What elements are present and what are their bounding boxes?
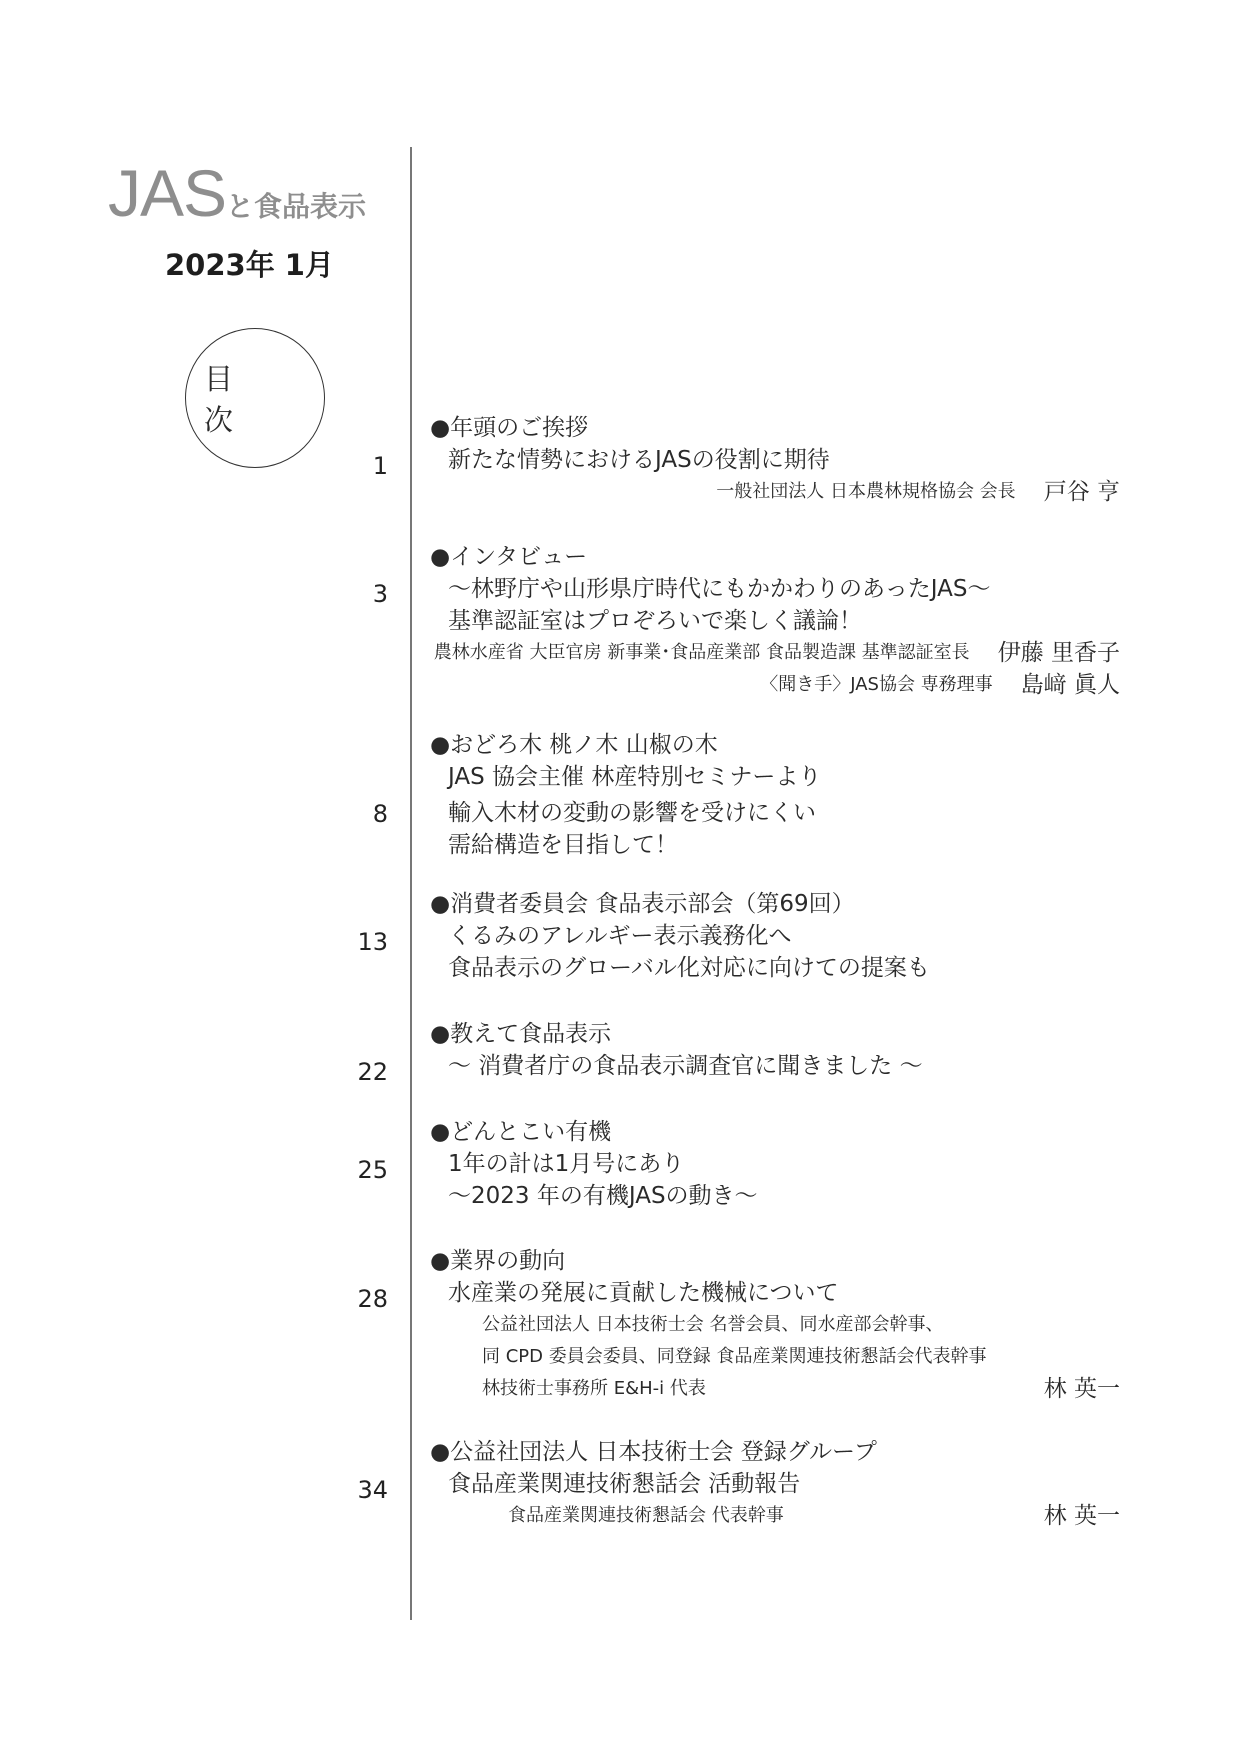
author-name: 戸谷 亨 [1044, 476, 1120, 508]
entry-category: ●年頭のご挨拶 [430, 412, 1120, 444]
author-affiliation: 一般社団法人 日本農林規格協会 会長 [716, 476, 1015, 508]
author-name: 林 英一 [1044, 1373, 1120, 1405]
entry-title[interactable]: くるみのアレルギー表示義務化へ [430, 920, 1120, 952]
entry-category: ●インタビュー [430, 541, 1120, 573]
entry-title[interactable]: ～林野庁や山形県庁時代にもかかわりのあったJAS～ [430, 573, 1120, 605]
entry-title[interactable]: ～ 消費者庁の食品表示調査官に聞きました ～ [430, 1050, 1120, 1082]
toc-entry[interactable]: ●おどろ木 桃ノ木 山椒の木 JAS 協会主催 林産特別セミナーより 輸入木材の… [430, 729, 1120, 861]
toc-entry[interactable]: ●業界の動向 水産業の発展に貢献した機械について 公益社団法人 日本技術士会 名… [430, 1245, 1120, 1405]
entry-title[interactable]: 食品表示のグローバル化対応に向けての提案も [430, 952, 1120, 984]
author-name: 島﨑 眞人 [1021, 669, 1120, 701]
magazine-title: JASと食品表示 [108, 155, 366, 231]
author-affiliation-line: 公益社団法人 日本技術士会 名誉会員、同水産部会幹事、 [430, 1309, 1120, 1341]
page-number[interactable]: 8 [0, 800, 388, 828]
toc-entry[interactable]: ●公益社団法人 日本技術士会 登録グループ 食品産業関連技術懇話会 活動報告 食… [430, 1436, 1120, 1532]
author-affiliation: 林技術士事務所 E&H-i 代表 [482, 1373, 706, 1405]
entry-author: 〈聞き手〉JAS協会 専務理事 島﨑 眞人 [430, 669, 1120, 701]
entry-title[interactable]: 食品産業関連技術懇話会 活動報告 [430, 1468, 1120, 1500]
entry-title[interactable]: JAS 協会主催 林産特別セミナーより [430, 761, 1120, 793]
page-number[interactable]: 1 [0, 452, 388, 480]
entry-author: 林技術士事務所 E&H-i 代表 林 英一 [430, 1373, 1120, 1405]
entry-author: 一般社団法人 日本農林規格協会 会長 戸谷 亨 [430, 476, 1120, 508]
page-number[interactable]: 34 [0, 1476, 388, 1504]
magazine-title-latin: JAS [108, 156, 226, 230]
toc-entry[interactable]: ●どんとこい有機 1年の計は1月号にあり ～2023 年の有機JASの動き～ [430, 1116, 1120, 1212]
page-number[interactable]: 13 [0, 928, 388, 956]
issue-date: 2023年 1月 [165, 243, 334, 284]
page-number[interactable]: 3 [0, 580, 388, 608]
page-number[interactable]: 28 [0, 1285, 388, 1313]
toc-entry[interactable]: ●インタビュー ～林野庁や山形県庁時代にもかかわりのあったJAS～ 基準認証室は… [430, 541, 1120, 701]
entry-category: ●公益社団法人 日本技術士会 登録グループ [430, 1436, 1120, 1468]
entry-title[interactable]: 水産業の発展に貢献した機械について [430, 1277, 1120, 1309]
entry-title[interactable]: ～2023 年の有機JASの動き～ [430, 1180, 1120, 1212]
entry-category: ●おどろ木 桃ノ木 山椒の木 [430, 729, 1120, 761]
entry-title[interactable]: 新たな情勢におけるJASの役割に期待 [430, 444, 1120, 476]
entry-title[interactable]: 輸入木材の変動の影響を受けにくい [430, 797, 1120, 829]
entry-category: ●教えて食品表示 [430, 1018, 1120, 1050]
toc-entry[interactable]: ●年頭のご挨拶 新たな情勢におけるJASの役割に期待 一般社団法人 日本農林規格… [430, 412, 1120, 508]
entry-author: 食品産業関連技術懇話会 代表幹事 林 英一 [430, 1500, 1120, 1532]
magazine-title-jp: と食品表示 [226, 190, 366, 223]
entry-title[interactable]: 1年の計は1月号にあり [430, 1148, 1120, 1180]
entry-category: ●業界の動向 [430, 1245, 1120, 1277]
author-affiliation: 〈聞き手〉JAS協会 専務理事 [760, 669, 992, 701]
entry-author: 農林水産省 大臣官房 新事業･食品産業部 食品製造課 基準認証室長 伊藤 里香子 [430, 637, 1120, 669]
author-affiliation: 食品産業関連技術懇話会 代表幹事 [508, 1500, 784, 1532]
toc-entry[interactable]: ●消費者委員会 食品表示部会（第69回） くるみのアレルギー表示義務化へ 食品表… [430, 888, 1120, 984]
author-name: 伊藤 里香子 [998, 637, 1120, 669]
toc-label: 目 次 [185, 328, 325, 468]
toc-entry[interactable]: ●教えて食品表示 ～ 消費者庁の食品表示調査官に聞きました ～ [430, 1018, 1120, 1082]
author-name: 林 英一 [1044, 1500, 1120, 1532]
entry-title[interactable]: 需給構造を目指して！ [430, 829, 1120, 861]
page-number[interactable]: 22 [0, 1058, 388, 1086]
entry-title[interactable]: 基準認証室はプロぞろいで楽しく議論！ [430, 605, 1120, 637]
entry-category: ●消費者委員会 食品表示部会（第69回） [430, 888, 1120, 920]
author-affiliation-line: 同 CPD 委員会委員、同登録 食品産業関連技術懇話会代表幹事 [430, 1341, 1120, 1373]
author-affiliation: 農林水産省 大臣官房 新事業･食品産業部 食品製造課 基準認証室長 [434, 637, 970, 669]
entry-category: ●どんとこい有機 [430, 1116, 1120, 1148]
page-number[interactable]: 25 [0, 1156, 388, 1184]
divider-line [410, 147, 412, 1620]
